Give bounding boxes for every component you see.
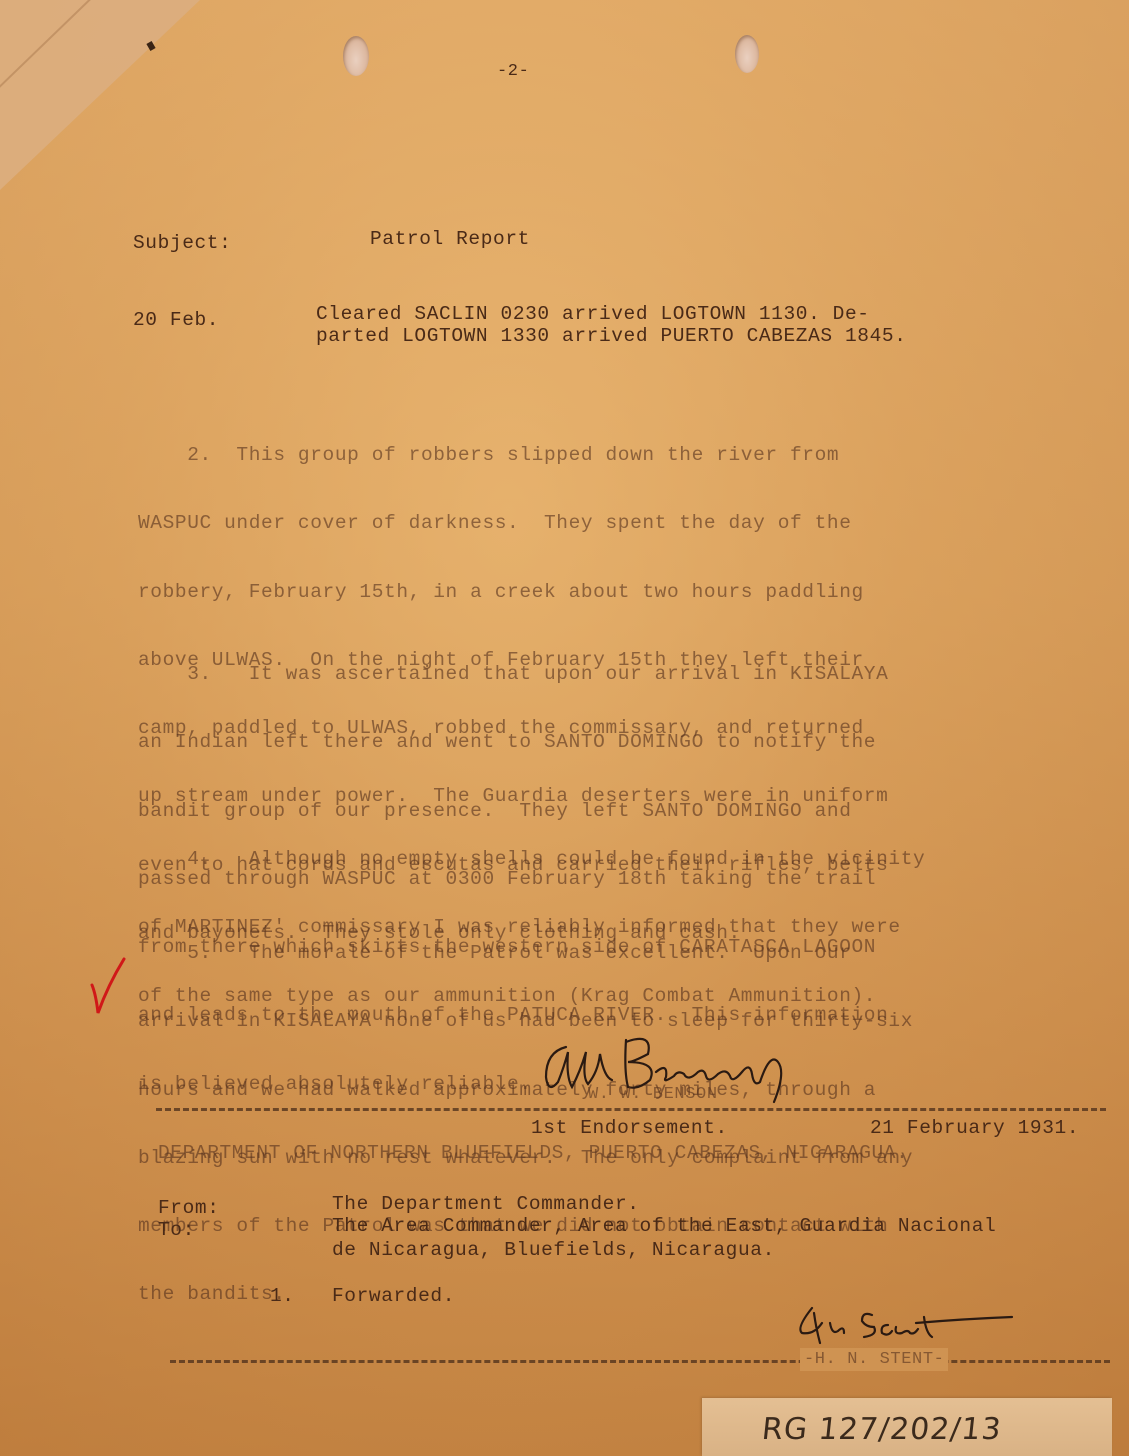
subject-label: Subject: xyxy=(133,232,231,255)
endorsement-date: 21 February 1931. xyxy=(870,1117,1079,1140)
typed-name-stent: -H. N. STENT- xyxy=(800,1348,948,1371)
separator-line xyxy=(156,1108,1106,1111)
typed-name-benson: W. W. BENSON xyxy=(588,1083,718,1106)
paragraph-line: 4. Although no empty shells could be fou… xyxy=(138,848,925,870)
entry-line: parted LOGTOWN 1330 arrived PUERTO CABEZ… xyxy=(316,325,907,348)
stent-signature xyxy=(792,1303,1032,1353)
punch-hole-left xyxy=(343,36,369,76)
entry-line: Cleared SACLIN 0230 arrived LOGTOWN 1130… xyxy=(316,303,870,326)
from-value: The Department Commander. xyxy=(332,1193,640,1216)
subject-value: Patrol Report xyxy=(370,228,530,251)
from-label: From: xyxy=(158,1197,220,1220)
paragraph-line: an Indian left there and went to SANTO D… xyxy=(138,731,888,753)
endorsement-origin: DEPARTMENT OF NORTHERN BLUEFIELDS, PUERT… xyxy=(158,1142,908,1165)
paragraph-line: 2. This group of robbers slipped down th… xyxy=(138,444,888,466)
paragraph-line: 5. The morale of the Patrol was excellen… xyxy=(138,942,913,964)
endorsement-title: 1st Endorsement. xyxy=(531,1117,728,1140)
to-line: The Area Commander, Area of the East, Gu… xyxy=(332,1215,996,1238)
paragraph-5: 5. The morale of the Patrol was excellen… xyxy=(138,896,913,1352)
item-number: 1. xyxy=(270,1285,295,1308)
paragraph-line: arrival in KISALAYA none of us had been … xyxy=(138,1010,913,1032)
red-checkmark-icon xyxy=(88,955,128,1025)
paragraph-line: 3. It was ascertained that upon our arri… xyxy=(138,663,888,685)
paragraph-line: WASPUC under cover of darkness. They spe… xyxy=(138,512,888,534)
folded-corner xyxy=(0,0,200,190)
to-line: de Nicaragua, Bluefields, Nicaragua. xyxy=(332,1239,775,1262)
document-page: -2- Subject: Patrol Report 20 Feb. Clear… xyxy=(0,0,1129,1456)
to-label: To: xyxy=(158,1219,195,1242)
entry-date: 20 Feb. xyxy=(133,309,219,332)
punch-hole-right xyxy=(735,35,759,73)
archive-label: RG 127/202/13 xyxy=(702,1398,1112,1456)
archive-label-text: RG 127/202/13 xyxy=(760,1412,1003,1447)
item-text: Forwarded. xyxy=(332,1285,455,1308)
separator-line-bottom xyxy=(170,1360,1110,1363)
paragraph-line: robbery, February 15th, in a creek about… xyxy=(138,581,888,603)
page-number: -2- xyxy=(497,60,529,83)
